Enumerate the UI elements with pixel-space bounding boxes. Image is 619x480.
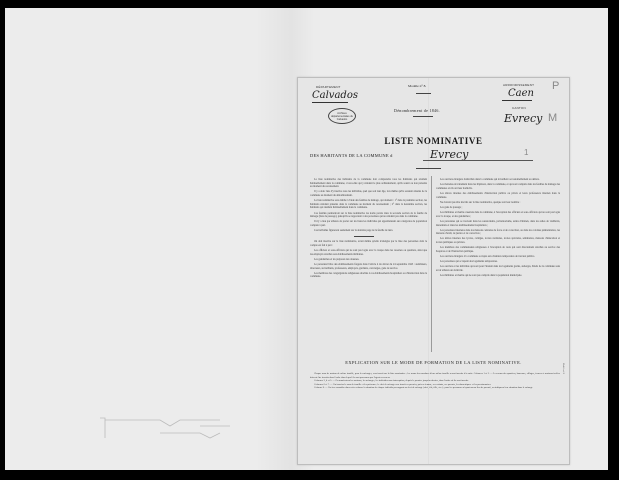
explanation-body: Chaque nom de maison de même famille, po… [310,372,560,390]
instructions-left-column: La liste nominative des habitants de la … [310,178,427,281]
paragraph: Les personnes internées dans les maisons… [436,229,560,236]
document-subtitle: DES HABITANTS DE LA COMMUNE d [310,153,393,158]
paragraph: Colonne 8. — On fera connaître dans cett… [310,386,560,390]
department-value: Calvados [312,90,358,101]
pencil-corner-mark: P [552,80,559,92]
paragraph: Les officiers et sous-officiers qui ne s… [310,249,427,256]
paragraph: La liste nominative sera établie à l'aid… [310,199,427,210]
paragraph: Les personnes qui occupent des logements… [436,260,560,264]
paragraph: Ne doivent pas être inscrits sur la list… [436,201,560,205]
arrondissement-underline [502,100,532,101]
paragraph: La liste nominative des habitants de la … [310,178,427,189]
column-divider [431,176,432,352]
paragraph: Les ouvriers étrangers à la commune occu… [436,255,560,259]
paragraph: Les membres des communautés religieuses … [436,246,560,253]
left-column-divider [354,236,374,237]
left-column-divider-space [310,234,427,240]
pencil-canton-mark: M [548,112,557,124]
census-document-page: Département Calvados Archives départemen… [297,77,570,465]
paragraph: Les ouvriers étrangers domiciliés dans l… [436,178,560,182]
department-underline [312,102,348,103]
document-title: LISTE NOMINATIVE [298,136,569,146]
canton-label: Canton [512,106,526,110]
paragraph: On doit inscrire sur la liste nominative… [310,240,427,247]
model-number-label: Modèle n° 8. [408,84,426,88]
margin-vertical-text: Modèle n° 8 [562,363,564,374]
paragraph: Chaque nom de maison de même famille, po… [310,372,560,379]
scan-background: Département Calvados Archives départemen… [5,8,608,470]
canton-value: Evrecy [504,112,542,125]
paragraph: Les ouvriers et les individus qui sont p… [436,265,560,272]
arrondissement-label: Arrondissement [503,83,534,87]
paragraph: Ces individus figureront seulement sur l… [310,229,427,233]
paragraph: Les personnes qui se trouvent dans les s… [436,220,560,227]
title-rule [416,168,441,169]
archives-stamp: Archives départementales du Calvados [328,108,356,124]
model-rule [416,93,431,94]
paragraph: Les gens de passage ; [436,206,560,210]
paragraph: Il n'y a lieu par ailleurs de porter sur… [310,220,427,227]
paragraph: Les militaires et marins qui ne sont pas… [436,274,560,278]
subtitle-text: DES HABITANTS DE LA COMMUNE d [310,153,393,158]
paragraph: Il y a donc lieu d'y inscrire tous les i… [310,190,427,197]
paragraph: Les gendarmes et les préposés des douane… [310,258,427,262]
paragraph: Les élèves internes des établissements d… [436,192,560,199]
explanation-title: EXPLICATION SUR LE MODE DE FORMATION DE … [298,360,569,365]
commune-number-mark: 1 [524,148,528,157]
paragraph: Les militaires et marins casernés dans l… [436,211,560,218]
commune-underline [423,160,533,161]
paragraph: Les membres des congrégations religieuse… [310,272,427,279]
department-label: Département [316,85,341,89]
paragraph: Les malades en traitement dans les hôpit… [436,183,560,190]
arrondissement-value: Caen [508,88,534,99]
paragraph: Les élèves internes des lycées, collèges… [436,237,560,244]
census-year-label: Dénombrement de 1846. [394,108,440,113]
paragraph: Ces feuilles permettront sur la liste no… [310,212,427,219]
census-rule [413,116,433,117]
pencil-sketch-marks [100,408,300,448]
instructions-right-column: Les ouvriers étrangers domiciliés dans l… [436,178,560,279]
paragraph: Le personnel libre des établissements fr… [310,263,427,270]
